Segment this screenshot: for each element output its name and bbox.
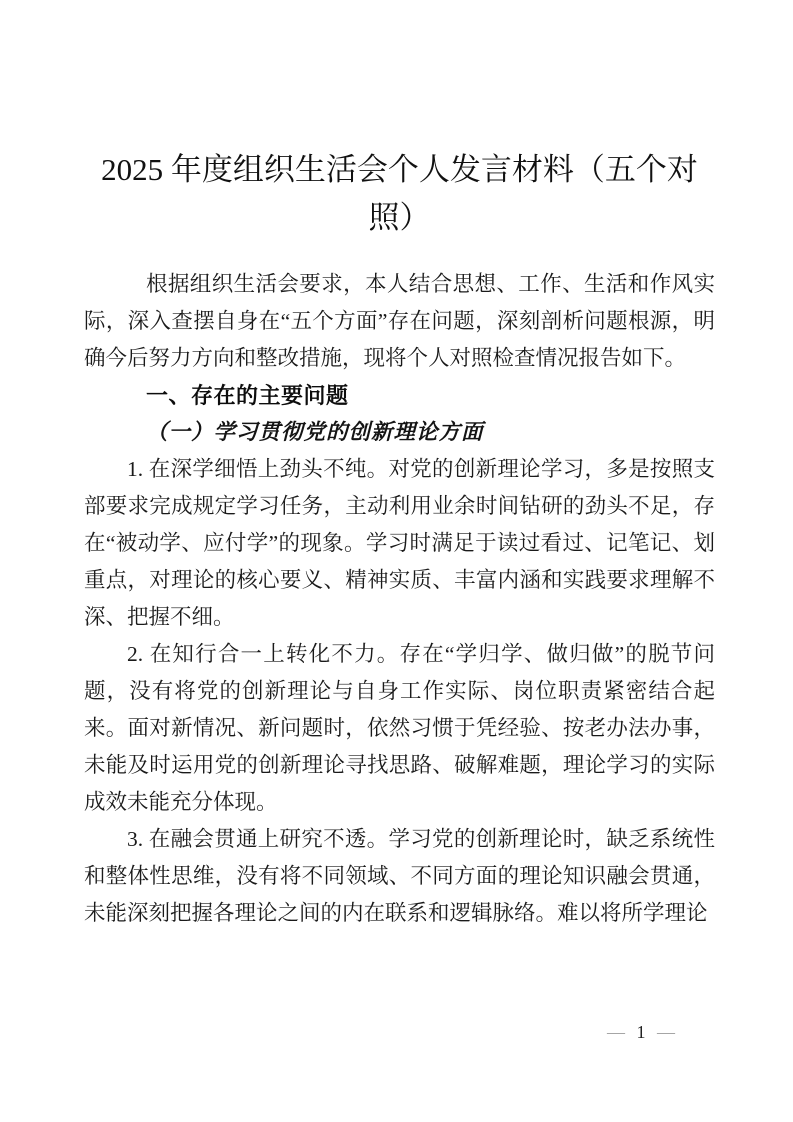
document-content: 2025 年度组织生活会个人发言材料（五个对 照） 根据组织生活会要求，本人结合… <box>84 146 715 932</box>
page-number-value: 1 <box>630 1022 653 1042</box>
document-page: 2025 年度组织生活会个人发言材料（五个对 照） 根据组织生活会要求，本人结合… <box>0 0 793 1122</box>
page-footer: — 1 — <box>607 1019 675 1045</box>
page-number-dash-left: — <box>607 1022 625 1042</box>
document-title-line-1: 2025 年度组织生活会个人发言材料（五个对 <box>84 146 715 194</box>
problem-paragraph-3: 3. 在融会贯通上研究不透。学习党的创新理论时，缺乏系统性和整体性思维，没有将不… <box>84 821 715 932</box>
document-title-line-2: 照） <box>84 194 715 242</box>
page-number-dash-right: — <box>657 1022 675 1042</box>
document-title: 2025 年度组织生活会个人发言材料（五个对 照） <box>84 146 715 242</box>
section-heading-main-problems: 一、存在的主要问题 <box>84 377 715 414</box>
subsection-heading-theory-study: （一）学习贯彻党的创新理论方面 <box>84 414 715 451</box>
problem-paragraph-2: 2. 在知行合一上转化不力。存在“学归学、做归做”的脱节问题，没有将党的创新理论… <box>84 636 715 821</box>
problem-paragraph-1: 1. 在深学细悟上劲头不纯。对党的创新理论学习，多是按照支部要求完成规定学习任务… <box>84 451 715 636</box>
intro-paragraph: 根据组织生活会要求，本人结合思想、工作、生活和作风实际，深入查摆自身在“五个方面… <box>84 266 715 377</box>
